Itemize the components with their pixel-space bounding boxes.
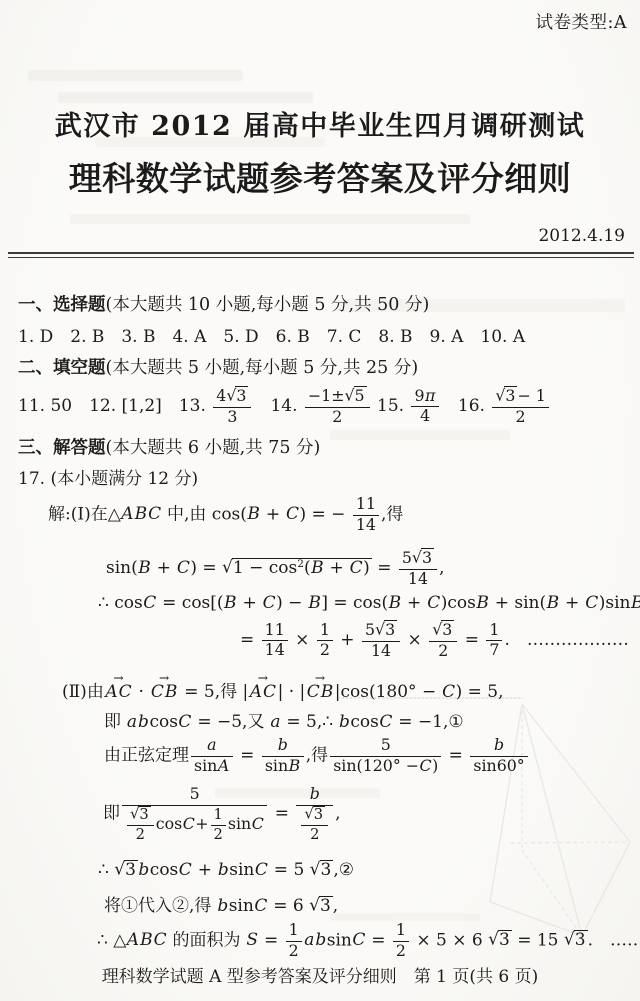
solution-line-11: ∴ △ABC 的面积为 S = 12absinC = 12 × 5 × 6 √3… (97, 921, 640, 961)
solution-line-4: = 1114 × 12 + 5 √314 × √32 = 17. ……………… … (240, 620, 640, 661)
radical-sign: √ (114, 859, 125, 881)
math-variable: C (178, 860, 192, 880)
radical: √5 (344, 386, 366, 406)
denominator: 14 (399, 570, 437, 589)
math-variable: b (138, 860, 150, 880)
double-rule-divider (8, 252, 634, 258)
fraction: 5√32cosC + 12sinC (122, 785, 267, 843)
math-variable: C (262, 593, 276, 613)
fraction: 1114 (262, 621, 288, 661)
radical: √3 (310, 860, 334, 880)
math-variable: C (427, 593, 441, 613)
fraction: asinA (191, 736, 233, 776)
math-variable: B (164, 682, 178, 702)
math-variable: b (217, 860, 229, 880)
superscript: 2 (297, 558, 304, 570)
math-variable: C (349, 558, 363, 578)
radical: √3 (432, 620, 454, 640)
math-variable: B (311, 558, 325, 578)
numerator: 1 (286, 921, 302, 942)
numerator: 5 (122, 785, 267, 806)
bleed-through-line (58, 92, 313, 103)
math-variable: C (251, 815, 264, 834)
fraction: b√32 (296, 785, 333, 843)
numerator: √3 (429, 620, 457, 642)
math-variable: a (207, 736, 217, 755)
section-desc: (本大题共 6 小题,共 75 分) (106, 438, 321, 458)
radicand: 3 (313, 806, 325, 823)
math-variable: B (224, 593, 238, 613)
numerator: 1 (393, 921, 409, 942)
fraction: 5sin(120° − C) (330, 736, 441, 776)
solution-line-8: 即5√32cosC + 12sinC = b√32, (103, 785, 341, 843)
math-variable: b (339, 712, 351, 732)
numerator: √3 (127, 806, 154, 826)
denominator: 7 (486, 641, 502, 660)
radical: √3 (304, 806, 325, 824)
fraction: √3 − 12 (492, 386, 548, 427)
math-variable: C (352, 930, 366, 950)
math-variable: C (379, 712, 393, 732)
fraction: bsin60° (470, 736, 527, 776)
denominator: 14 (353, 516, 379, 535)
vector: CB (150, 681, 178, 703)
numerator: b (470, 736, 527, 757)
radicand: 3 (574, 930, 588, 950)
math-variable: B (308, 593, 322, 613)
solution-line-6: 即 abcosC = −5,又 a = 5,∴ bcosC = −1,① (104, 711, 464, 733)
fraction: 12 (393, 921, 409, 961)
numerator: 1 (211, 806, 226, 826)
numerator: a (191, 736, 233, 757)
math-variable: a (126, 712, 137, 732)
radical-sign: √ (310, 859, 321, 881)
math-variable: B (140, 930, 154, 950)
math-variable: B (546, 593, 560, 613)
math-variable: B (247, 504, 261, 524)
numerator: 11 (353, 495, 379, 516)
radical: √3 (309, 896, 333, 916)
math-variable: B (631, 593, 640, 613)
radical: √3 (130, 806, 151, 824)
fraction: 12 (286, 921, 302, 961)
section-heading-fill: 二、填空题(本大题共 5 小题,每小题 5 分,共 25 分) (18, 354, 418, 379)
math-variable: C (254, 896, 268, 916)
math-variable: B (388, 593, 402, 613)
radical-sign: √ (226, 387, 236, 406)
radical: √3 (114, 860, 138, 880)
math-variable: a (270, 712, 281, 732)
section-label: 一、选择题 (18, 295, 106, 315)
solution-line-10: 将①代入②,得 bsinC = 6 √3, (104, 895, 338, 917)
radicand: 3 (138, 806, 150, 823)
radical: √3 (412, 548, 434, 568)
radical-sign: √ (304, 805, 313, 823)
fraction: 12 (317, 621, 333, 661)
radical: √3 (375, 620, 397, 640)
math-variable: A (121, 504, 134, 524)
math-variable: a (304, 930, 315, 950)
numerator: 1 (317, 621, 333, 642)
numerator: 5 √3 (399, 548, 437, 570)
section-desc: (本大题共 10 小题,每小题 5 分,共 50 分) (106, 295, 430, 315)
radical: √3 (488, 930, 512, 950)
section-desc: (本大题共 5 小题,每小题 5 分,共 25 分) (106, 358, 419, 378)
fraction: √32 (429, 620, 457, 661)
denominator: 2 (305, 408, 370, 427)
radical-sign: √ (564, 929, 575, 951)
fraction: √32 (301, 806, 328, 843)
math-variable: b (309, 785, 320, 804)
math-variable: C (150, 682, 164, 702)
radicand: 5 (354, 386, 367, 404)
math-variable: B (138, 558, 152, 578)
math-variable: C (178, 712, 192, 732)
solution-line-7: 由正弦定理asinA = bsinB,得5sin(120° − C) = bsi… (104, 736, 530, 776)
page-footer: 理科数学试题 A 型参考答案及评分细则 第 1 页(共 6 页) (0, 962, 640, 987)
radical-sign: √ (495, 387, 505, 406)
denominator: 14 (362, 642, 400, 661)
math-variable: A (217, 757, 229, 776)
denominator: 2 (429, 642, 457, 661)
section-label: 二、填空题 (18, 358, 106, 378)
denominator: sinA (191, 757, 233, 776)
radicand: 3 (320, 860, 334, 880)
numerator: 5 √3 (362, 620, 400, 642)
numerator: √3 (301, 806, 328, 826)
math-variable: A (105, 682, 118, 702)
radical: √3 (495, 386, 517, 406)
math-variable: b (493, 736, 504, 755)
denominator: 2 (211, 826, 226, 844)
numerator: b (262, 736, 304, 757)
denominator: 4 (411, 407, 438, 426)
radicand: 3 (124, 860, 138, 880)
denominator: 14 (262, 641, 288, 660)
question-17-heading: 17. (本小题满分 12 分) (18, 464, 198, 489)
radicand: 3 (235, 386, 248, 404)
numerator: 1 (486, 621, 502, 642)
radical-sign: √ (375, 621, 385, 640)
denominator: 2 (301, 826, 328, 844)
math-variable: A (126, 930, 139, 950)
numerator: 5 (330, 736, 441, 757)
denominator: √32cosC + 12sinC (122, 806, 267, 843)
math-variable: b (277, 736, 288, 755)
fraction: −1±√52 (305, 386, 370, 427)
math-variable: B (476, 593, 490, 613)
section-heading-solve: 三、解答题(本大题共 6 小题,共 75 分) (18, 434, 320, 459)
document-date: 2012.4.19 (538, 226, 625, 246)
numerator: b (296, 785, 333, 806)
math-variable: π (425, 387, 436, 406)
radical-sign: √ (432, 621, 442, 640)
fraction: bsinB (262, 736, 304, 776)
math-variable: B (320, 682, 334, 702)
solution-line-1: 解:(Ⅰ)在△ABC 中,由 cos(B + C) = − 1114,得 (48, 495, 403, 535)
numerator: 11 (262, 621, 288, 642)
math-variable: A (249, 682, 262, 702)
radicand: 3 (498, 930, 512, 950)
bleed-through-line (330, 430, 510, 440)
choice-answers-row: 1. D 2. B 3. B 4. A 5. D 6. B 7. C 8. B … (18, 322, 525, 347)
fraction: 12 (211, 806, 226, 843)
section-label: 三、解答题 (18, 438, 106, 458)
math-variable: b (217, 896, 229, 916)
denominator: 2 (317, 641, 333, 660)
math-variable: C (182, 815, 195, 834)
math-variable: C (254, 860, 268, 880)
denominator: 3 (213, 408, 251, 427)
radical-sign: √ (412, 549, 422, 568)
fraction: 5 √314 (362, 620, 400, 661)
numerator: √3 − 1 (492, 386, 548, 408)
denominator: 2 (492, 408, 548, 427)
math-variable: S (246, 930, 259, 950)
bleed-through-line (28, 70, 243, 81)
fraction: 5 √314 (399, 548, 437, 589)
math-variable: b (138, 712, 150, 732)
solution-line-3: ∴ cosC = cos[(B + C) − B] = cos(B + C)co… (98, 592, 640, 614)
bleed-through-pyramid-figure (482, 690, 640, 950)
solution-line-9: ∴ √3bcosC + bsinC = 5 √3,② (98, 859, 354, 881)
radical-sign: √ (222, 556, 233, 578)
math-variable: C (148, 504, 162, 524)
denominator: 2 (393, 942, 409, 961)
vector: CB (306, 681, 334, 703)
radical-sign: √ (309, 895, 320, 917)
document-title: 武汉市 2012 届高中毕业生四月调研测试 (0, 104, 640, 143)
vector: AC (249, 681, 276, 703)
document-subtitle: 理科数学试题参考答案及评分细则 (0, 153, 640, 200)
math-variable: B (134, 504, 148, 524)
math-variable: C (306, 682, 320, 702)
denominator: 2 (127, 826, 154, 844)
math-variable: B (288, 757, 301, 776)
radicand: 3 (319, 896, 333, 916)
math-variable: b (315, 930, 327, 950)
denominator: sin60° (470, 757, 527, 776)
radicand: 3 (441, 620, 454, 638)
radical: √3 (226, 386, 248, 406)
radical-sign: √ (344, 387, 354, 406)
fraction: √32 (127, 806, 154, 843)
fraction: 4√33 (213, 386, 251, 427)
solution-line-2: sin(B + C) = √1 − cos2(B + C) = 5 √314, (106, 548, 444, 589)
math-variable: C (419, 757, 432, 776)
denominator: sin(120° − C) (330, 757, 441, 776)
radical: √3 (564, 930, 588, 950)
denominator: sinB (262, 757, 304, 776)
radicand: 1 − cos2(B + C) (232, 558, 372, 578)
math-variable: C (585, 593, 599, 613)
numerator: 9π (411, 387, 438, 408)
math-variable: C (176, 558, 190, 578)
paper-type-label: 试卷类型:A (535, 9, 627, 34)
radical-sign: √ (130, 805, 139, 823)
radical-sign: √ (488, 929, 499, 951)
radicand: 3 (384, 620, 397, 638)
math-variable: C (143, 593, 157, 613)
vector: AC (105, 681, 132, 703)
denominator: 2 (286, 942, 302, 961)
fraction: 9π4 (411, 387, 438, 427)
math-variable: C (153, 930, 167, 950)
solution-line-5: (Ⅱ)由AC · CB = 5,得 |AC| · |CB|cos(180° − … (62, 681, 504, 703)
math-variable: C (285, 504, 299, 524)
section-heading-choice: 一、选择题(本大题共 10 小题,每小题 5 分,共 50 分) (18, 291, 429, 316)
radicand: 3 (421, 548, 434, 566)
math-variable: C (118, 682, 132, 702)
radical: √1 − cos2(B + C) (222, 558, 372, 578)
fraction: 1114 (353, 495, 379, 535)
radicand: 3 (504, 386, 517, 404)
fraction: 17 (486, 621, 502, 661)
math-variable: C (263, 682, 277, 702)
denominator: √32 (296, 806, 333, 843)
fill-answers-row: 11. 50 12. [1,2] 13. 4√33 14. −1±√52 15.… (18, 386, 551, 427)
numerator: 4√3 (213, 386, 251, 408)
numerator: −1±√5 (305, 386, 370, 408)
bleed-through-line (70, 214, 470, 224)
math-variable: C (442, 682, 456, 702)
